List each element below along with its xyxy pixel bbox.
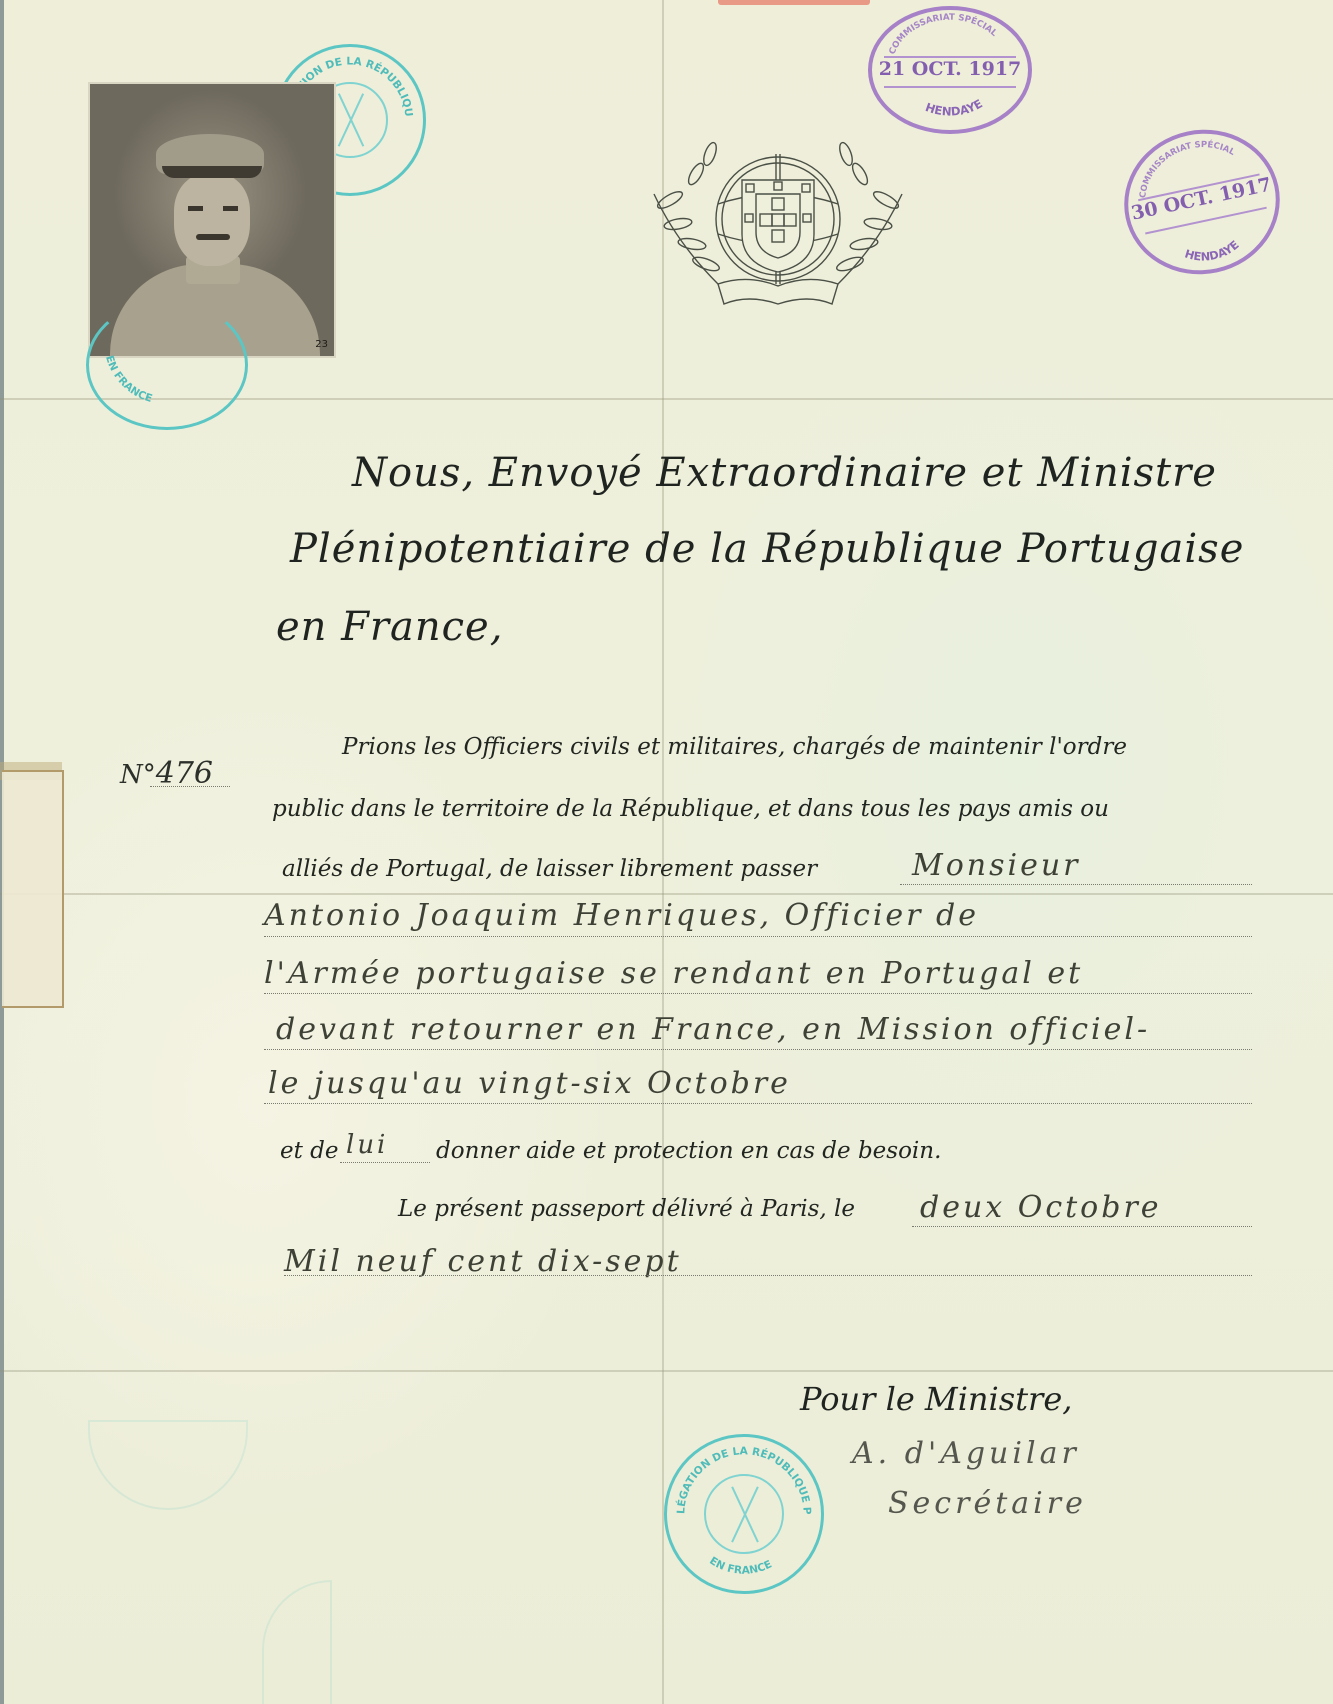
svg-text:EN FRANCE: EN FRANCE <box>707 1555 774 1577</box>
handwritten-line-6: devant retourner en France, en Mission o… <box>276 1012 1150 1047</box>
svg-text:COMMISSARIAT SPÉCIAL: COMMISSARIAT SPÉCIAL <box>888 13 1000 56</box>
svg-text:HENDAYE: HENDAYE <box>924 96 985 118</box>
svg-text:LÉGATION DE LA RÉPUBLIQUE PORT: LÉGATION DE LA RÉPUBLIQUE PORTUGAISE <box>667 1437 813 1515</box>
signature-title: Secrétaire <box>888 1486 1087 1521</box>
body-line-8b: donner aide et protection en cas de beso… <box>436 1138 941 1164</box>
legation-stamp: LÉGATION DE LA RÉPUBLIQUE PORTUGAISE EN … <box>664 1434 824 1594</box>
fold-line <box>0 1370 1333 1372</box>
handwritten-title: Monsieur <box>912 848 1081 883</box>
handwritten-name-line: Antonio Joaquim Henriques, Officier de <box>264 898 979 933</box>
heading-line-3: en France, <box>276 604 503 650</box>
portuguese-coat-of-arms-icon <box>648 134 908 314</box>
body-line-8a: et de <box>280 1138 339 1164</box>
svg-text:EN FRANCE: EN FRANCE <box>103 354 154 405</box>
pink-mark <box>718 0 870 5</box>
body-line-1: Prions les Officiers civils et militaire… <box>342 734 1127 760</box>
heading-line-1: Nous, Envoyé Extraordinaire et Ministre <box>352 450 1217 496</box>
fold-line <box>0 893 1333 895</box>
legation-stamp: EN FRANCE <box>86 300 248 430</box>
body-line-3-printed: alliés de Portugal, de laisser librement… <box>282 856 817 882</box>
closing-for-minister: Pour le Ministre, <box>800 1380 1072 1418</box>
hendaye-stamp-1: COMMISSARIAT SPÉCIAL HENDAYE 21 OCT. 191… <box>868 6 1032 134</box>
photo-badge: 23 <box>315 339 328 350</box>
handwritten-lui: lui <box>346 1130 388 1160</box>
body-line-2: public dans le territoire de la Républiq… <box>272 796 1109 822</box>
tape-residue <box>2 770 64 1008</box>
svg-text:HENDAYE: HENDAYE <box>1181 235 1244 268</box>
handwritten-line-7: le jusqu'au vingt-six Octobre <box>268 1066 791 1101</box>
stamp-date: 21 OCT. 1917 <box>872 58 1028 80</box>
handwritten-line-5: l'Armée portugaise se rendant en Portuga… <box>264 956 1083 991</box>
heading-line-2: Plénipotentiaire de la République Portug… <box>290 526 1244 572</box>
handwritten-issue-year: Mil neuf cent dix-sept <box>284 1244 682 1279</box>
signature: A. d'Aguilar <box>852 1436 1080 1471</box>
issue-printed: Le présent passeport délivré à Paris, le <box>398 1196 855 1222</box>
handwritten-issue-date: deux Octobre <box>920 1190 1162 1225</box>
